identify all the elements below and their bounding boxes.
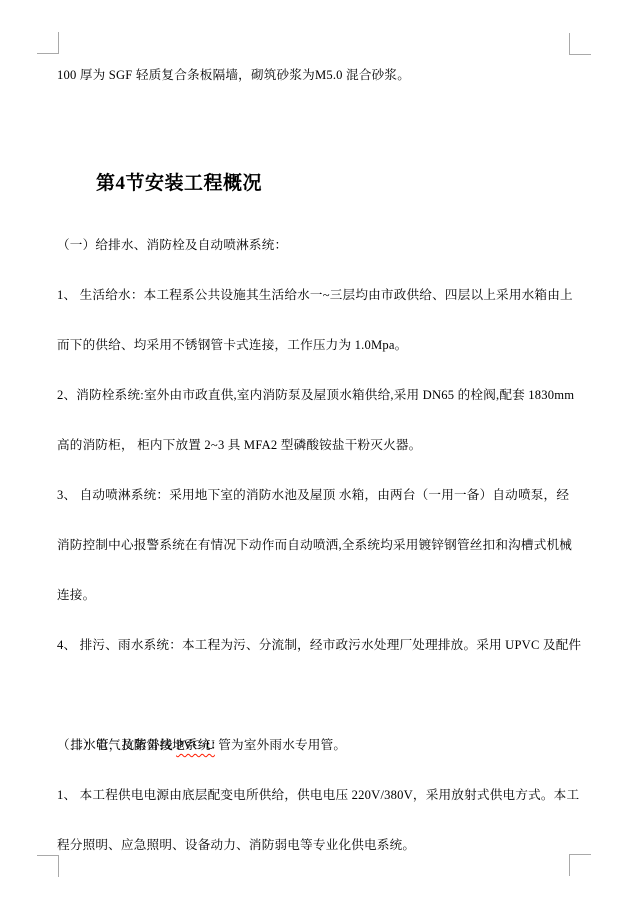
continued-paragraph-line: 100 厚为 SGF 轻质复合条板隔墙，砌筑砂浆为M5.0 混合砂浆。 [57, 50, 410, 100]
body-line-item3-a: 3、 自动喷淋系统：采用地下室的消防水池及屋顶 水箱，由两台（一用一备）自动喷泵… [57, 470, 569, 520]
margin-crop-mark-top-left [37, 32, 59, 54]
body-line-item3-b: 消防控制中心报警系统在有情况下动作而自动喷洒,全系统均采用镀锌钢管丝扣和沟槽式机… [57, 520, 572, 570]
section-heading: 第4节安装工程概况 [96, 170, 262, 198]
body-line-item3-c: 连接。 [57, 570, 95, 620]
body-line-item2-a: 2、消防栓系统:室外由市政直供,室内消防泵及屋顶水箱供给,采用 DN65 的栓阀… [57, 370, 574, 420]
body-line-list-2-title: （二）电气及防雷接地系统： [57, 720, 223, 770]
body-line-item1-a: 1、 生活给水：本工程系公共设施其生活给水一~三层均由市政供给、四层以上采用水箱… [57, 270, 573, 320]
pvcu-line-post: 管为室外雨水专用管。 [215, 738, 346, 752]
body-line-item4-b: 排水管，抗紫外线 PVC-U 管为室外雨水专用管。 [57, 670, 346, 720]
body-line-item2-b: 高的消防柜， 柜内下放置 2~3 具 MFA2 型磷酸铵盐干粉灭火器。 [57, 420, 421, 470]
body-line-elec-item1-a: 1、 本工程供电电源由底层配变电所供给，供电电压 220V/380V，采用放射式… [57, 770, 579, 820]
body-line-item4-a: 4、 排污、雨水系统：本工程为污、分流制，经市政污水处理厂处理排放。采用 UPV… [57, 620, 581, 670]
margin-crop-mark-bottom-left [37, 855, 59, 877]
document-page: 100 厚为 SGF 轻质复合条板隔墙，砌筑砂浆为M5.0 混合砂浆。 第4节安… [0, 0, 637, 901]
margin-crop-mark-top-right [569, 33, 591, 55]
body-line-elec-item1-b: 程分照明、应急照明、设备动力、消防弱电等专业化供电系统。 [57, 820, 415, 870]
body-line-item1-b: 而下的供给、均采用不锈钢管卡式连接，工作压力为 1.0Mpa。 [57, 320, 407, 370]
margin-crop-mark-bottom-right [569, 854, 591, 876]
body-line-list-1-title: （一）给排水、消防栓及自动喷淋系统： [57, 220, 287, 270]
